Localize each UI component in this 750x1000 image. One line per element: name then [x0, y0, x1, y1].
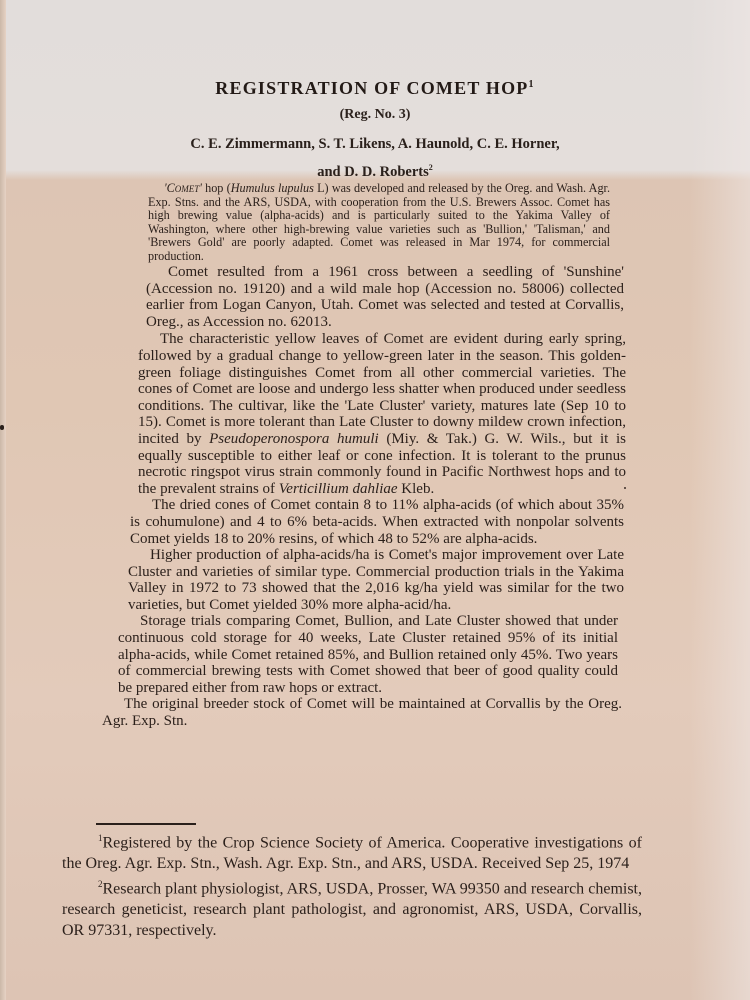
- paragraph-characteristics: The characteristic yellow leaves of Come…: [138, 331, 626, 497]
- characteristics-text-a: The characteristic yellow leaves of Come…: [138, 331, 626, 447]
- authors-line-2: and D. D. Roberts2: [0, 156, 750, 184]
- author-list: C. E. Zimmermann, S. T. Likens, A. Hauno…: [0, 133, 750, 184]
- species-name: Humulus lupulus: [231, 181, 314, 195]
- authors-line-2-text: and D. D. Roberts: [317, 164, 429, 180]
- registration-number: (Reg. No. 3): [0, 107, 750, 123]
- characteristics-text-c: Kleb.: [398, 481, 435, 497]
- footnote-2-text: Research plant physiologist, ARS, USDA, …: [62, 881, 642, 939]
- paragraph-storage: Storage trials comparing Comet, Bullion,…: [118, 613, 618, 696]
- cultivar-name: 'Comet': [164, 181, 202, 195]
- footnote-divider: [96, 823, 196, 825]
- authors-footnote-mark: 2: [429, 163, 433, 172]
- paragraph-origin: Comet resulted from a 1961 cross between…: [146, 264, 624, 330]
- article-body: 'Comet' hop (Humulus lupulus L) was deve…: [128, 182, 598, 730]
- authors-line-1: C. E. Zimmermann, S. T. Likens, A. Hauno…: [0, 133, 750, 156]
- abstract-text-a: hop (: [202, 181, 231, 195]
- pathogen-name: Pseudoperonospora humuli: [209, 431, 379, 447]
- article-header: REGISTRATION OF COMET HOP1 (Reg. No. 3) …: [0, 78, 750, 184]
- paragraph-breeder-stock: The original breeder stock of Comet will…: [102, 696, 622, 729]
- footnote-2: 2Research plant physiologist, ARS, USDA,…: [62, 874, 642, 941]
- title-text: REGISTRATION OF COMET HOP: [215, 78, 528, 98]
- abstract-paragraph: 'Comet' hop (Humulus lupulus L) was deve…: [148, 182, 610, 263]
- article-title: REGISTRATION OF COMET HOP1: [0, 78, 750, 99]
- fungus-name: Verticillium dahliae: [279, 481, 398, 497]
- document-page: REGISTRATION OF COMET HOP1 (Reg. No. 3) …: [0, 0, 750, 1000]
- title-footnote-mark: 1: [529, 79, 535, 90]
- footnote-1: 1Registered by the Crop Science Society …: [62, 828, 642, 874]
- footnotes: 1Registered by the Crop Science Society …: [62, 828, 642, 941]
- page-edge-mark: [0, 425, 4, 430]
- paragraph-chemistry: The dried cones of Comet contain 8 to 11…: [130, 497, 624, 547]
- footnote-1-text: Registered by the Crop Science Society o…: [62, 834, 642, 872]
- paragraph-production: Higher production of alpha-acids/ha is C…: [128, 547, 624, 613]
